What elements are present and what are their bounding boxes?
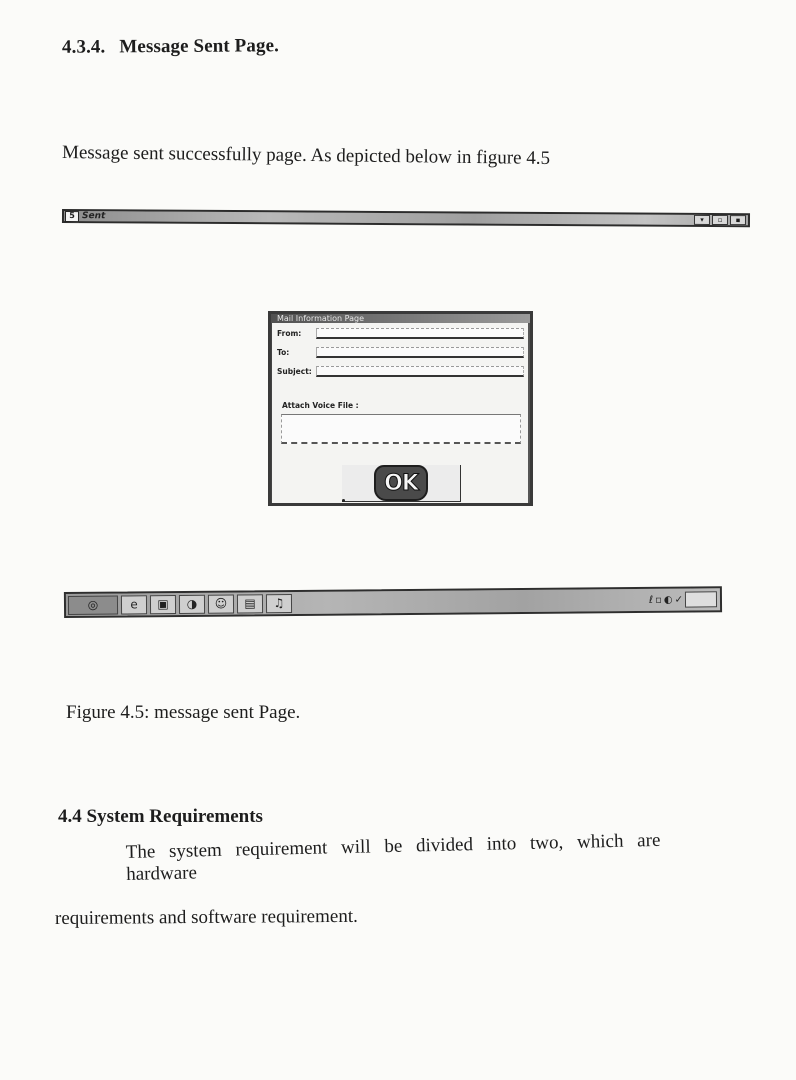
from-field[interactable] (316, 328, 524, 339)
tray-volume-icon[interactable]: ◐ (664, 594, 673, 605)
ok-button[interactable]: OK (374, 465, 428, 501)
attach-voice-file-label: Attach Voice File : (282, 401, 359, 410)
messenger-icon[interactable]: ☺ (208, 594, 234, 613)
tray-display-icon[interactable]: ▫ (655, 594, 662, 605)
attach-voice-file-field[interactable] (281, 414, 521, 444)
maximize-icon[interactable]: ▫ (712, 215, 728, 225)
message-sent-dialog: Mail Information Page From: To: Subject:… (268, 311, 533, 506)
app-icon: 5 (65, 211, 79, 222)
close-icon[interactable]: ▪ (730, 215, 746, 225)
focus-dot (342, 499, 345, 502)
window-title-bar: 5 Sent ▾ ▫ ▪ (62, 209, 750, 227)
minimize-icon[interactable]: ▾ (694, 215, 710, 225)
intro-paragraph: Message sent successfully page. As depic… (62, 142, 550, 170)
music-icon[interactable]: ♫ (266, 594, 292, 613)
figure-caption: Figure 4.5: message sent Page. (66, 702, 300, 724)
taskbar: ◎ e ▣ ◑ ☺ ▤ ♫ ℓ ▫ ◐ ✓ (64, 586, 722, 618)
tray-network-icon[interactable]: ℓ (649, 594, 653, 605)
dialog-title: Mail Information Page (271, 314, 530, 323)
desktop-icon[interactable]: ▣ (150, 595, 176, 614)
browser-icon[interactable]: e (121, 595, 147, 614)
start-button[interactable]: ◎ (68, 595, 118, 614)
paragraph-line-2: requirements and software requirement. (55, 906, 358, 930)
section-heading: 4.3.4.Message Sent Page. (62, 35, 279, 59)
to-field[interactable] (316, 347, 524, 358)
from-label: From: (277, 329, 301, 338)
media-player-icon[interactable]: ◑ (179, 594, 205, 613)
paragraph-line-1: The system requirement will be divided i… (126, 828, 727, 886)
tray-security-icon[interactable]: ✓ (675, 594, 683, 605)
tray-clock[interactable] (685, 591, 717, 607)
section-number: 4.3.4. (62, 36, 106, 57)
window-icon[interactable]: ▤ (237, 594, 263, 613)
section-heading-system-requirements: 4.4 System Requirements (58, 806, 263, 828)
ok-label: OK (384, 471, 418, 496)
subject-label: Subject: (277, 367, 312, 376)
to-label: To: (277, 348, 289, 357)
window-title: Sent (82, 211, 105, 221)
section-title: Message Sent Page. (119, 35, 279, 57)
subject-field[interactable] (316, 366, 524, 377)
